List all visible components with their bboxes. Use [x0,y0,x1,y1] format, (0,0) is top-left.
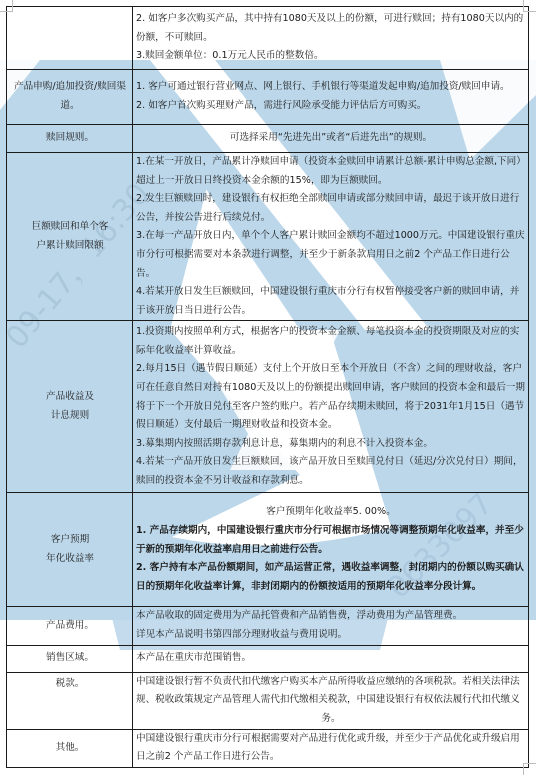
product-terms-table: 2. 如客户多次购买产品，其中持有1080天及以上的份额，可进行赎回；持有108… [6,6,529,768]
row-content: 中国建设银行重庆市分行可根据需要对产品进行优化或升级，并至少于产品优化或升级启用… [133,729,529,767]
row-label: 巨额赎回和单个客 户累计赎回限额 [7,153,133,321]
row-content: 1. 客户可通过银行营业网点、网上银行、手机银行等渠道发起申购/追加投资/赎回申… [133,70,529,125]
table-row-income-rules: 产品收益及 计息规则 1.投资期内按照单利方式，根据客户的投资本金金额、每笔投资… [7,321,529,493]
row-label: 赎回规则。 [7,125,133,153]
paragraph: 1. 产品存续期内，中国建设银行重庆市分行可根据市场情况等调整预期年化收益率，并… [136,522,526,559]
label-line: 客户预期 [10,531,130,550]
label-line: 计息规则 [10,407,130,426]
table-row-redemption-rules: 赎回规则。 可选择采用“先进先出”或者“后进先出”的规则。 [7,125,529,153]
paragraph: 2. 客户持有本产品份额期间，如产品运营正常，遇收益率调整，封闭期内的份额以购买… [136,559,526,596]
row-label: 客户预期 年化收益率 [7,493,133,607]
paragraph: 2. 如客户首次购买理财产品，需进行风险承受能力评估后方可购买。 [136,97,526,116]
page-corner-mark-bottom-right [523,763,536,775]
row-content: 客户预期年化收益率5. 00%。 1. 产品存续期内，中国建设银行重庆市分行可根… [133,493,529,607]
paragraph: 1. 客户可通过银行营业网点、网上银行、手机银行等渠道发起申购/追加投资/赎回申… [136,78,526,97]
paragraph: 4.若某一产品开放日发生巨额赎回，该产品开放日至赎回兑付日（延迟/分次兑付日）期… [136,453,526,490]
row-label: 产品收益及 计息规则 [7,321,133,493]
paragraph: 本产品收取的固定费用为产品托管费和产品销售费，浮动费用为产品管理费。 [136,607,526,626]
paragraph: 3.赎回金额单位：0.1万元人民币的整数倍。 [136,47,526,66]
row-content: 1.投资期内按照单利方式，根据客户的投资本金金额、每笔投资本金的投资期限及对应的… [133,321,529,493]
row-content: 本产品收取的固定费用为产品托管费和产品销售费，浮动费用为产品管理费。 详见本产品… [133,607,529,645]
table-row-sales-region: 销售区域。 本产品在重庆市范围销售。 [7,645,529,672]
row-label: 税款。 [7,672,133,729]
label-line: 年化收益率 [10,550,130,569]
table-row-product-fees: 产品费用。 本产品收取的固定费用为产品托管费和产品销售费，浮动费用为产品管理费。… [7,607,529,645]
paragraph: 1.投资期内按照单利方式，根据客户的投资本金金额、每笔投资本金的投资期限及对应的… [136,323,526,360]
paragraph: 2.发生巨额赎回时，建设银行有权拒绝全部赎回申请或部分赎回申请，最迟于该开放日进… [136,190,526,227]
table-row-other: 其他。 中国建设银行重庆市分行可根据需要对产品进行优化或升级，并至少于产品优化或… [7,729,529,767]
row-label: 销售区域。 [7,645,133,672]
table-row-purchase-channels: 产品申购/追加投资/赎回渠道。 1. 客户可通过银行营业网点、网上银行、手机银行… [7,70,529,125]
row-content: 2. 如客户多次购买产品，其中持有1080天及以上的份额，可进行赎回；持有108… [133,7,529,70]
label-line: 巨额赎回和单个客 [10,218,130,237]
table-row-expected-yield: 客户预期 年化收益率 客户预期年化收益率5. 00%。 1. 产品存续期内，中国… [7,493,529,607]
row-content: 可选择采用“先进先出”或者“后进先出”的规则。 [133,125,529,153]
paragraph: 可选择采用“先进先出”或者“后进先出”的规则。 [136,129,526,148]
table-row-large-redemption: 巨额赎回和单个客 户累计赎回限额 1.在某一开放日，产品累计净赎回申请（投资本金… [7,153,529,321]
row-label [7,7,133,70]
paragraph: 2. 如客户多次购买产品，其中持有1080天及以上的份额，可进行赎回；持有108… [136,10,526,47]
paragraph: 中国建设银行重庆市分行可根据需要对产品进行优化或升级，并至少于产品优化或升级启用… [136,730,526,767]
label-line: 户累计赎回限额 [10,237,130,256]
page-corner-mark-top-left [0,0,13,12]
paragraph: 本产品在重庆市范围销售。 [136,649,526,668]
table-row-taxes: 税款。 中国建设银行暂不负责代扣代缴客户购买本产品所得收益应缴纳的各项税款。若相… [7,672,529,729]
paragraph: 详见本产品说明书第四部分理财收益与费用说明。 [136,626,526,645]
label-line: 产品收益及 [10,388,130,407]
row-content: 本产品在重庆市范围销售。 [133,645,529,672]
paragraph: 1.在某一开放日，产品累计净赎回申请（投资本金赎回申请累计总额-累计申购总金额,… [136,153,526,190]
table-row-redemption-continued: 2. 如客户多次购买产品，其中持有1080天及以上的份额，可进行赎回；持有108… [7,7,529,70]
paragraph: 3.募集期内按照活期存款利息计息，募集期内的利息不计入投资本金。 [136,435,526,454]
row-label: 其他。 [7,729,133,767]
paragraph: 3.在每一产品开放日内，单个个人客户累计赎回金额均不超过1000万元。中国建设银… [136,227,526,283]
paragraph: 2.每月15日（遇节假日顺延）支付上个开放日至本个开放日（不含）之间的理财收益，… [136,360,526,434]
row-label: 产品申购/追加投资/赎回渠道。 [7,70,133,125]
row-content: 1.在某一开放日，产品累计净赎回申请（投资本金赎回申请累计总额-累计申购总金额,… [133,153,529,321]
row-label: 产品费用。 [7,607,133,645]
row-content: 中国建设银行暂不负责代扣代缴客户购买本产品所得收益应缴纳的各项税款。若相关法律法… [133,672,529,729]
paragraph: 中国建设银行暂不负责代扣代缴客户购买本产品所得收益应缴纳的各项税款。若相关法律法… [136,673,526,729]
paragraph: 4.若某开放日发生巨额赎回，中国建设银行重庆市分行有权暂停接受客户新的赎回申请，… [136,283,526,320]
page-corner-mark-top-right [523,0,536,12]
expected-yield-headline: 客户预期年化收益率5. 00%。 [136,503,526,522]
